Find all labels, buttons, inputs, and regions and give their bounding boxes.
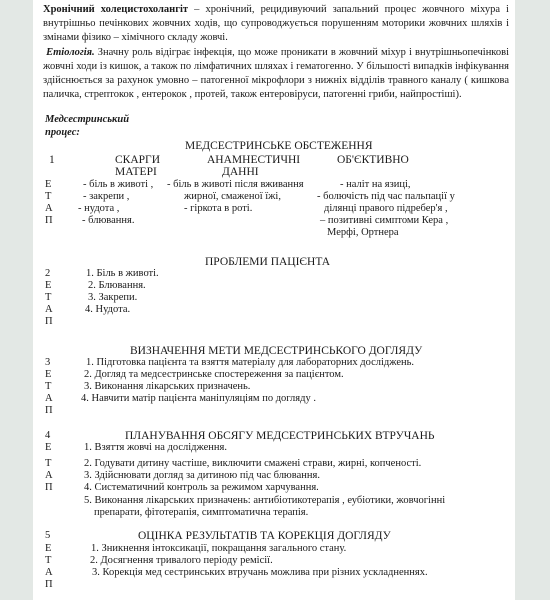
evaluation-item: 2. Досягнення тривалого періоду ремісії. [90, 555, 273, 567]
stage-letter: Т [45, 458, 51, 470]
objective-item: - болючість під час пальпації у [317, 191, 455, 203]
stage4-title: ПЛАНУВАННЯ ОБСЯГУ МЕДСЕСТРИНСЬКИХ ВТРУЧА… [125, 430, 435, 442]
stage-letter: А [45, 203, 53, 215]
anamnesis-item: - біль в животі після вживання [167, 179, 304, 191]
stage-letter: Е [45, 442, 51, 454]
goal-item: 2. Догляд та медсестринське спостереженн… [84, 369, 344, 381]
stage-letter: П [45, 316, 53, 328]
stage-letter: Е [45, 179, 51, 191]
anamnesis-item: жирної, смаженої їжі, [184, 191, 281, 203]
etiology-paragraph: Етіологія. Значну роль відіграє інфекція… [43, 46, 509, 103]
stage-letter: А [45, 470, 53, 482]
stage-letter: П [45, 405, 53, 417]
plan-item: 1. Взяття жовчі на дослідження. [84, 442, 227, 454]
plan-item: 2. Годувати дитину частіше, виключити см… [84, 458, 421, 470]
stage-letter: 3 [45, 357, 50, 369]
complaint-item: - блювання. [82, 215, 134, 227]
stage-letter: А [45, 393, 53, 405]
definition-paragraph: Хронічний холецистохолангіт – хронічний,… [43, 3, 509, 46]
etiology-label: Етіологія. [46, 47, 95, 58]
stage-letter: Т [45, 292, 51, 304]
anamnesis-item: - гіркота в роті. [184, 203, 252, 215]
problem-item: 2. Блювання. [88, 280, 146, 292]
anamnesis-header: АНАМНЕСТИЧНІ [207, 154, 300, 166]
complaint-item: - нудота , [78, 203, 119, 215]
goal-item: 1. Підготовка пацієнта та взяття матеріа… [86, 357, 414, 369]
objective-item: - наліт на язиці, [340, 179, 411, 191]
plan-item-continued: препарати, фітотерапія, симптоматична те… [94, 507, 308, 519]
complaints-header: СКАРГИ [115, 154, 160, 166]
stage1-number: 1 [49, 154, 55, 166]
problem-item: 1. Біль в животі. [86, 268, 159, 280]
anamnesis-header-2: ДАННІ [222, 166, 259, 178]
plan-item: 5. Виконання лікарських призначень: анти… [84, 495, 445, 507]
stage-letter: 2 [45, 268, 50, 280]
evaluation-item: 1. Зникнення інтоксикації, покращання за… [91, 543, 346, 555]
disease-term: Хронічний холецистохолангіт [43, 4, 188, 15]
complaints-header-2: МАТЕРІ [115, 166, 157, 178]
problem-item: 3. Закрепи. [88, 292, 137, 304]
stage-letter: Е [45, 543, 51, 555]
stage-letter: Е [45, 369, 51, 381]
document-page: Хронічний холецистохолангіт – хронічний,… [33, 0, 515, 600]
objective-item: ділянці правого підребер'я , [324, 203, 448, 215]
stage-letter: П [45, 215, 53, 227]
stage-letter: П [45, 482, 53, 494]
objective-item: – позитивні симптоми Кера , [320, 215, 448, 227]
stage5-title: ОЦІНКА РЕЗУЛЬТАТІВ ТА КОРЕКЦІЯ ДОГЛЯДУ [138, 530, 391, 542]
process-label-2: процес: [45, 127, 80, 139]
stage1-title: МЕДСЕСТРИНСЬКЕ ОБСТЕЖЕННЯ [185, 140, 373, 152]
stage2-title: ПРОБЛЕМИ ПАЦІЄНТА [205, 256, 330, 268]
stage-letter: 5 [45, 530, 50, 542]
stage-letter: Т [45, 555, 51, 567]
intro-section: Хронічний холецистохолангіт – хронічний,… [43, 3, 509, 102]
stage-letter: Т [45, 191, 51, 203]
complaint-item: - біль в животі , [83, 179, 153, 191]
stage-letter: А [45, 304, 53, 316]
goal-item: 4. Навчити матір пацієнта маніпуляціям п… [81, 393, 316, 405]
objective-item: Мерфі, Ортнера [327, 227, 399, 239]
problem-item: 4. Нудота. [85, 304, 130, 316]
process-label: Медсестринський [45, 114, 129, 126]
etiology-text: Значну роль відіграє інфекція, що може п… [43, 47, 509, 101]
stage-letter: А [45, 567, 53, 579]
stage3-title: ВИЗНАЧЕННЯ МЕТИ МЕДСЕСТРИНСЬКОГО ДОГЛЯДУ [130, 345, 422, 357]
goal-item: 3. Виконання лікарських призначень. [84, 381, 250, 393]
stage-letter: 4 [45, 430, 50, 442]
objective-header: ОБ'ЄКТИВНО [337, 154, 409, 166]
evaluation-item: 3. Корекція мед сестринських втручань мо… [92, 567, 428, 579]
stage-letter: П [45, 579, 53, 591]
stage-letter: Е [45, 280, 51, 292]
complaint-item: - закрепи , [83, 191, 129, 203]
plan-item: 4. Систематичний контроль за режимом хар… [84, 482, 319, 494]
plan-item: 3. Здійснювати догляд за дитиною під час… [84, 470, 320, 482]
stage-letter: Т [45, 381, 51, 393]
